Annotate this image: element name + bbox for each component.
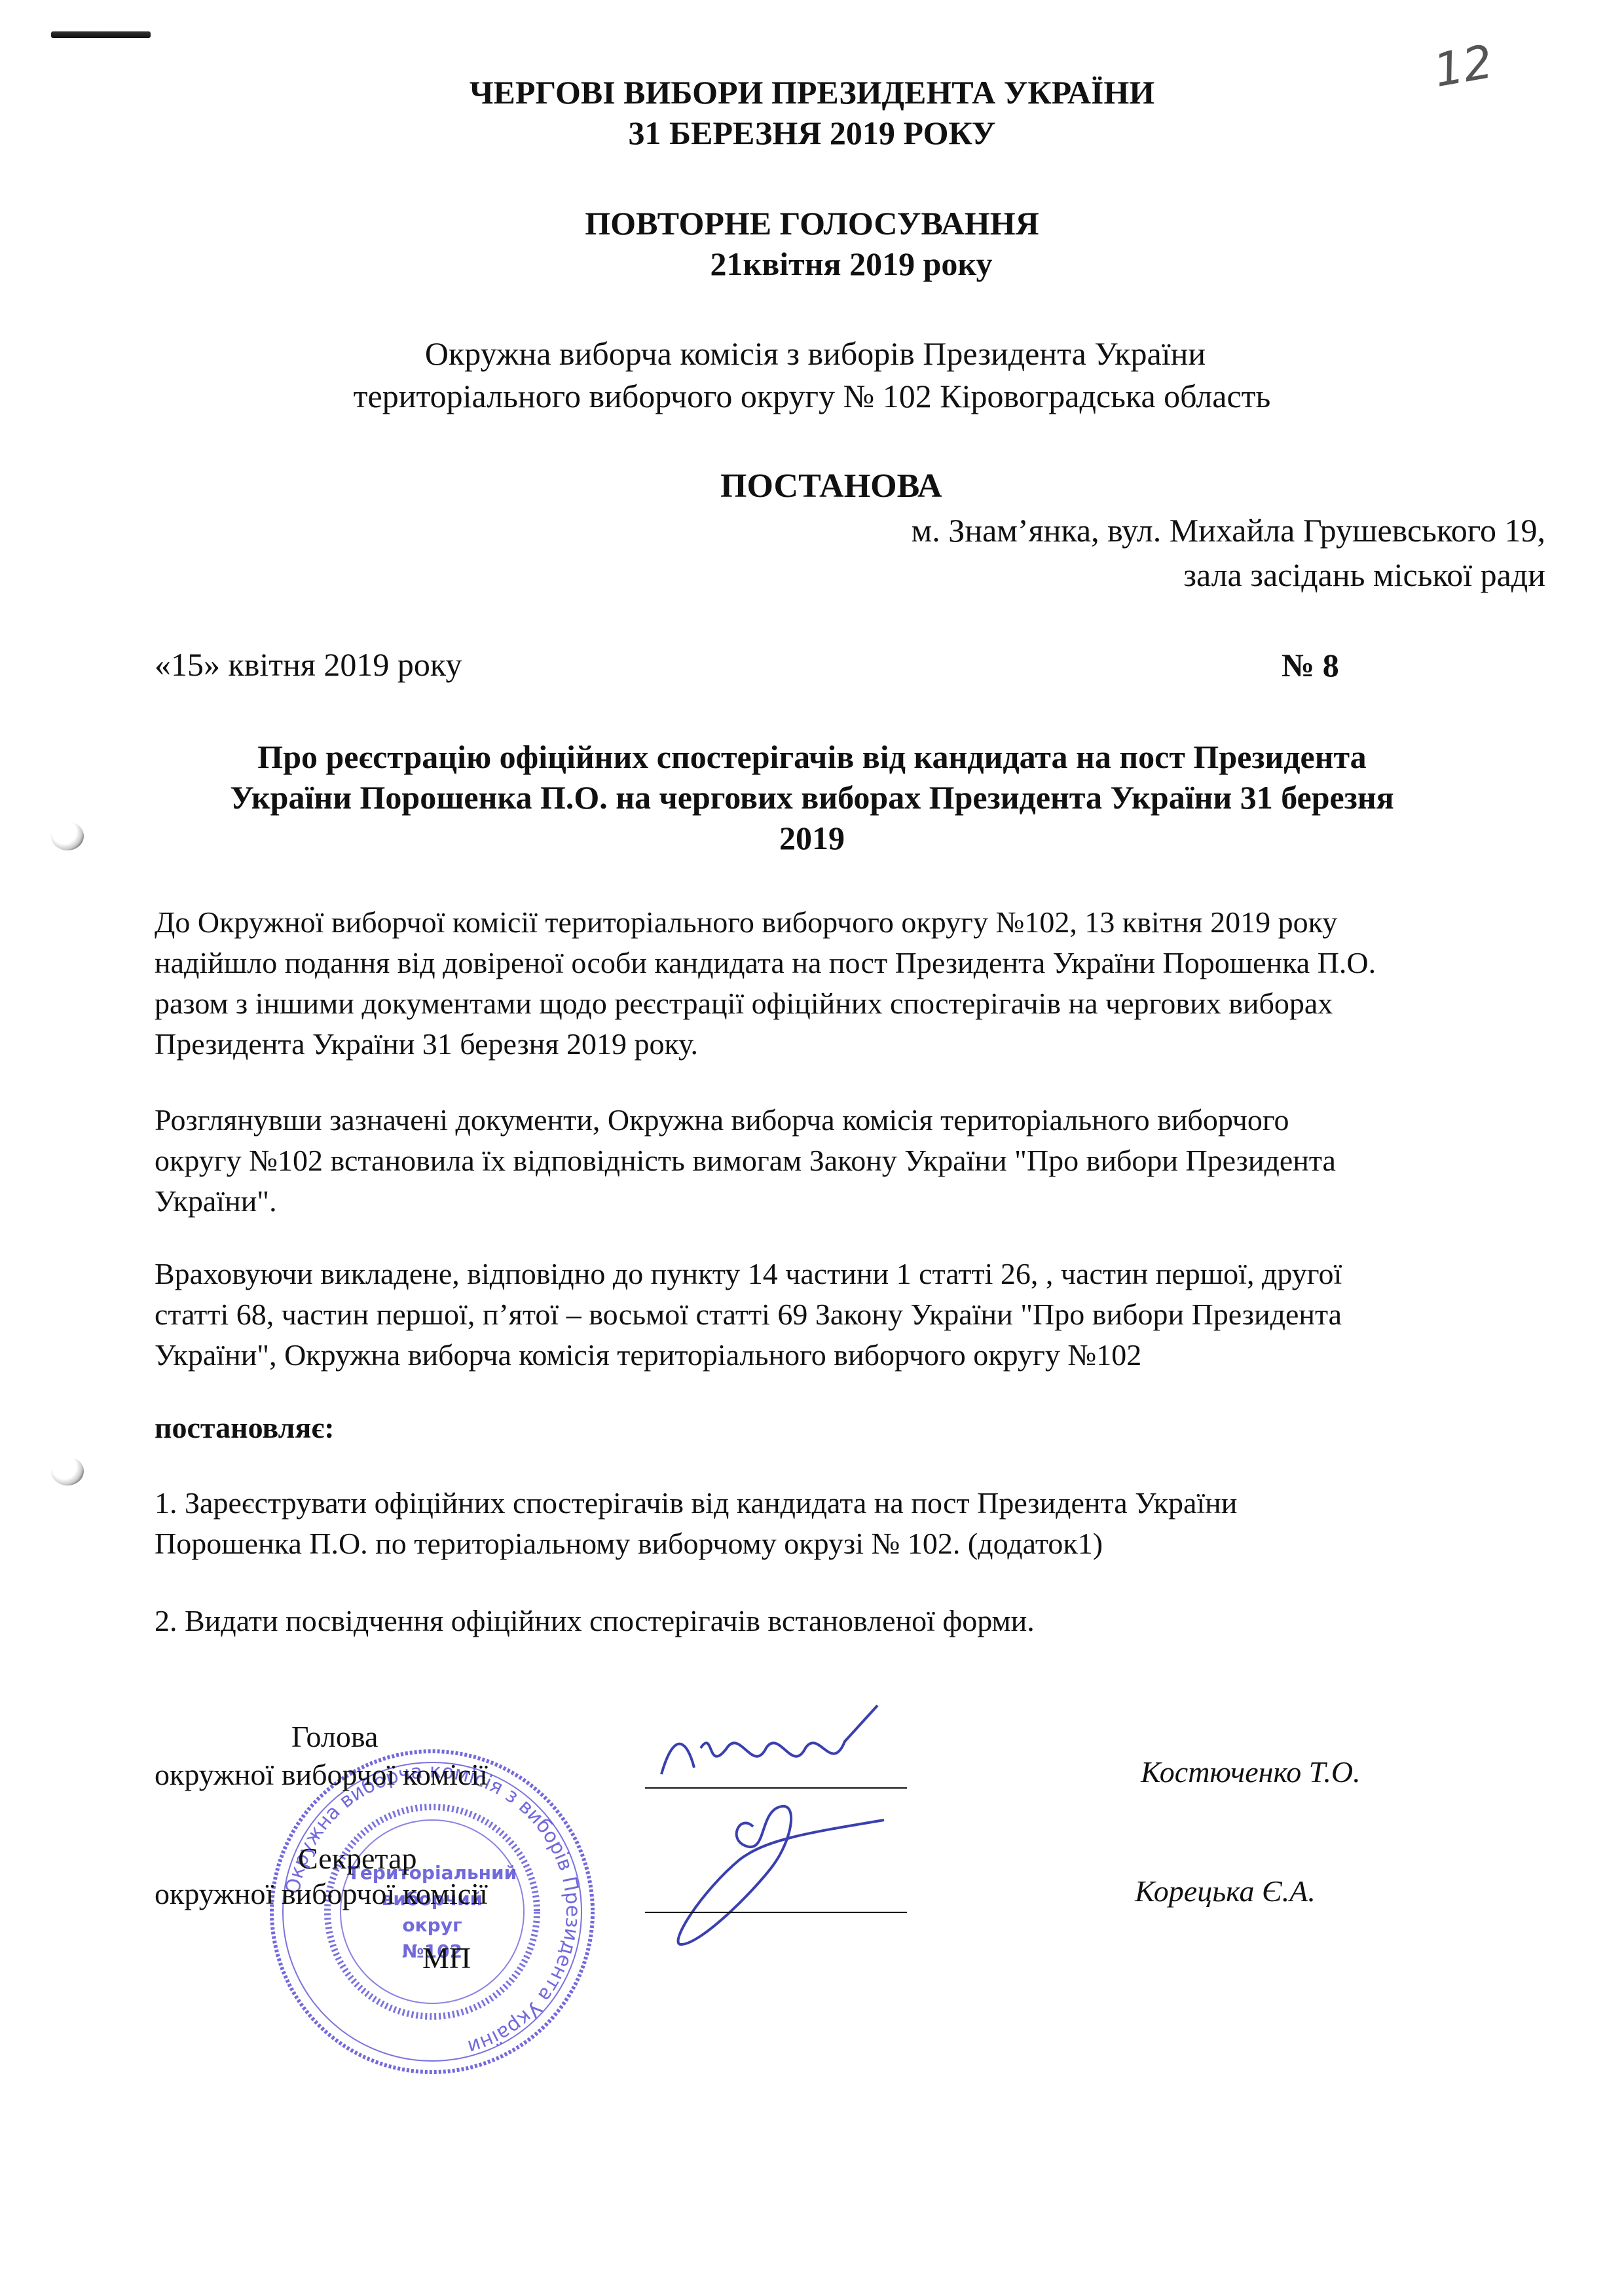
secretary-name: Корецька Є.А. [1135, 1874, 1316, 1908]
resolution-item-1: 1. Зареєструвати офіційних спостерігачів… [155, 1483, 1237, 1564]
paragraph-line: України", Окружна виборча комісія терито… [155, 1335, 1342, 1376]
paragraph-line: України". [155, 1181, 1336, 1222]
location-line-1: м. Знам’янка, вул. Михайла Грушевського … [912, 511, 1545, 550]
secretary-title-1: Секретар [298, 1838, 417, 1879]
commission-district: територіального виборчого округу № 102 К… [0, 376, 1624, 416]
chair-title-1: Голова [291, 1717, 378, 1757]
paragraph-line: До Окружної виборчої комісії територіаль… [155, 902, 1376, 943]
punch-hole-mark [51, 1457, 84, 1485]
seal-label: МП [422, 1938, 471, 1978]
scan-artifact-line [51, 31, 151, 38]
resolves-label: постановляє: [155, 1408, 335, 1448]
commission-name: Окружна виборча комісія з виборів Презид… [0, 334, 1624, 373]
paragraph-line: округу №102 встановила їх відповідність … [155, 1140, 1336, 1181]
resolution-date: «15» квітня 2019 року [155, 645, 462, 684]
secretary-title-2: окружної виборчої комісії [155, 1874, 488, 1914]
location-line-2: зала засідань міської ради [1183, 555, 1545, 594]
subject-line-1: Про реєстрацію офіційних спостерігачів в… [0, 737, 1624, 777]
resolution-number: № 8 [1282, 645, 1339, 685]
secretary-signature-line [645, 1912, 907, 1913]
runoff-title: ПОВТОРНЕ ГОЛОСУВАННЯ [0, 203, 1624, 244]
subject-line-2: України Порошенка П.О. на чергових вибор… [0, 777, 1624, 818]
paragraph-3: Враховуючи викладене, відповідно до пунк… [155, 1254, 1342, 1376]
resolution-item-2: 2. Видати посвідчення офіційних спостері… [155, 1601, 1035, 1641]
paragraph-line: статті 68, частин першої, п’ятої – восьм… [155, 1294, 1342, 1335]
paragraph-line: надійшло подання від довіреної особи кан… [155, 943, 1376, 983]
document-type: ПОСТАНОВА [720, 466, 942, 507]
paragraph-line: Враховуючи викладене, відповідно до пунк… [155, 1254, 1342, 1294]
paragraph-line: Розглянувши зазначені документи, Окружна… [155, 1100, 1336, 1140]
svg-text:округ: округ [402, 1914, 462, 1936]
subject-line-3: 2019 [0, 818, 1624, 858]
secretary-signature [661, 1787, 897, 1951]
chair-name: Костюченко Т.О. [1141, 1755, 1361, 1789]
paragraph-1: До Окружної виборчої комісії територіаль… [155, 902, 1376, 1065]
chair-title-2: окружної виборчої комісії [155, 1755, 488, 1795]
paragraph-2: Розглянувши зазначені документи, Окружна… [155, 1100, 1336, 1222]
item-line: 1. Зареєструвати офіційних спостерігачів… [155, 1483, 1237, 1523]
paragraph-line: Президента України 31 березня 2019 року. [155, 1024, 1376, 1065]
chair-signature [648, 1702, 897, 1787]
runoff-date: 21квітня 2019 року [0, 244, 1624, 284]
election-date: 31 БЕРЕЗНЯ 2019 РОКУ [0, 113, 1624, 153]
paragraph-line: разом з іншими документами щодо реєстрац… [155, 983, 1376, 1024]
item-line: Порошенка П.О. по територіальному виборч… [155, 1523, 1237, 1564]
election-title: ЧЕРГОВІ ВИБОРИ ПРЕЗИДЕНТА УКРАЇНИ [0, 72, 1624, 113]
